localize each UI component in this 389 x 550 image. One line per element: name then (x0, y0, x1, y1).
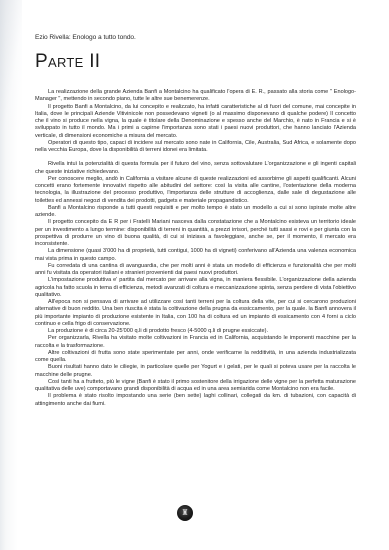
paragraph: Operatori di questo tipo, capaci di inci… (35, 140, 356, 155)
paragraph: Buoni risultati hanno dato le ciliegie, … (35, 364, 356, 379)
paragraph: Altre coltivazioni di frutta sono state … (35, 350, 356, 365)
footer-seal-logo: ♜ (177, 505, 193, 521)
paragraph: La dimensione (quasi 3'000 ha di proprie… (35, 248, 356, 263)
paragraph: Il progetto Banfi a Montalcino, da lui c… (35, 104, 356, 140)
paragraph: La realizzazione della grande Azienda Ba… (35, 89, 356, 104)
paragraph: Rivella intuì la potenzialità di questa … (35, 161, 356, 176)
paragraph: Così tanti ha a frutteto, più le vigne (… (35, 379, 356, 394)
paragraph: Fu corredata di una cantina di avanguard… (35, 263, 356, 278)
paragraph: All'epoca non si pensava di arrivare ad … (35, 299, 356, 328)
body-text: La realizzazione della grande Azienda Ba… (35, 89, 356, 408)
document-header: Ezio Rivella: Enologo a tutto tondo. (35, 34, 136, 41)
paragraph: Banfi a Montalcino risponde a tutti ques… (35, 205, 356, 220)
paragraph: La produzione è di circa 20-25'000 q.li … (35, 328, 356, 335)
paragraph: Per conoscere meglio, andò in California… (35, 176, 356, 205)
paragraph: L'impostazione produttiva e' partita dal… (35, 277, 356, 299)
paragraph: Il progetto concepito da E R per i Frate… (35, 219, 356, 248)
round-seal-emblem-icon: ♜ (181, 509, 188, 517)
scanned-page: Ezio Rivella: Enologo a tutto tondo. Par… (0, 0, 389, 550)
paragraph: Per organizzarla, Rivella ha visitato mo… (35, 335, 356, 350)
part-title: Parte II (35, 52, 100, 71)
paragraph: Il problema è stato risolto impostando u… (35, 393, 356, 408)
scan-shadow (0, 0, 22, 130)
